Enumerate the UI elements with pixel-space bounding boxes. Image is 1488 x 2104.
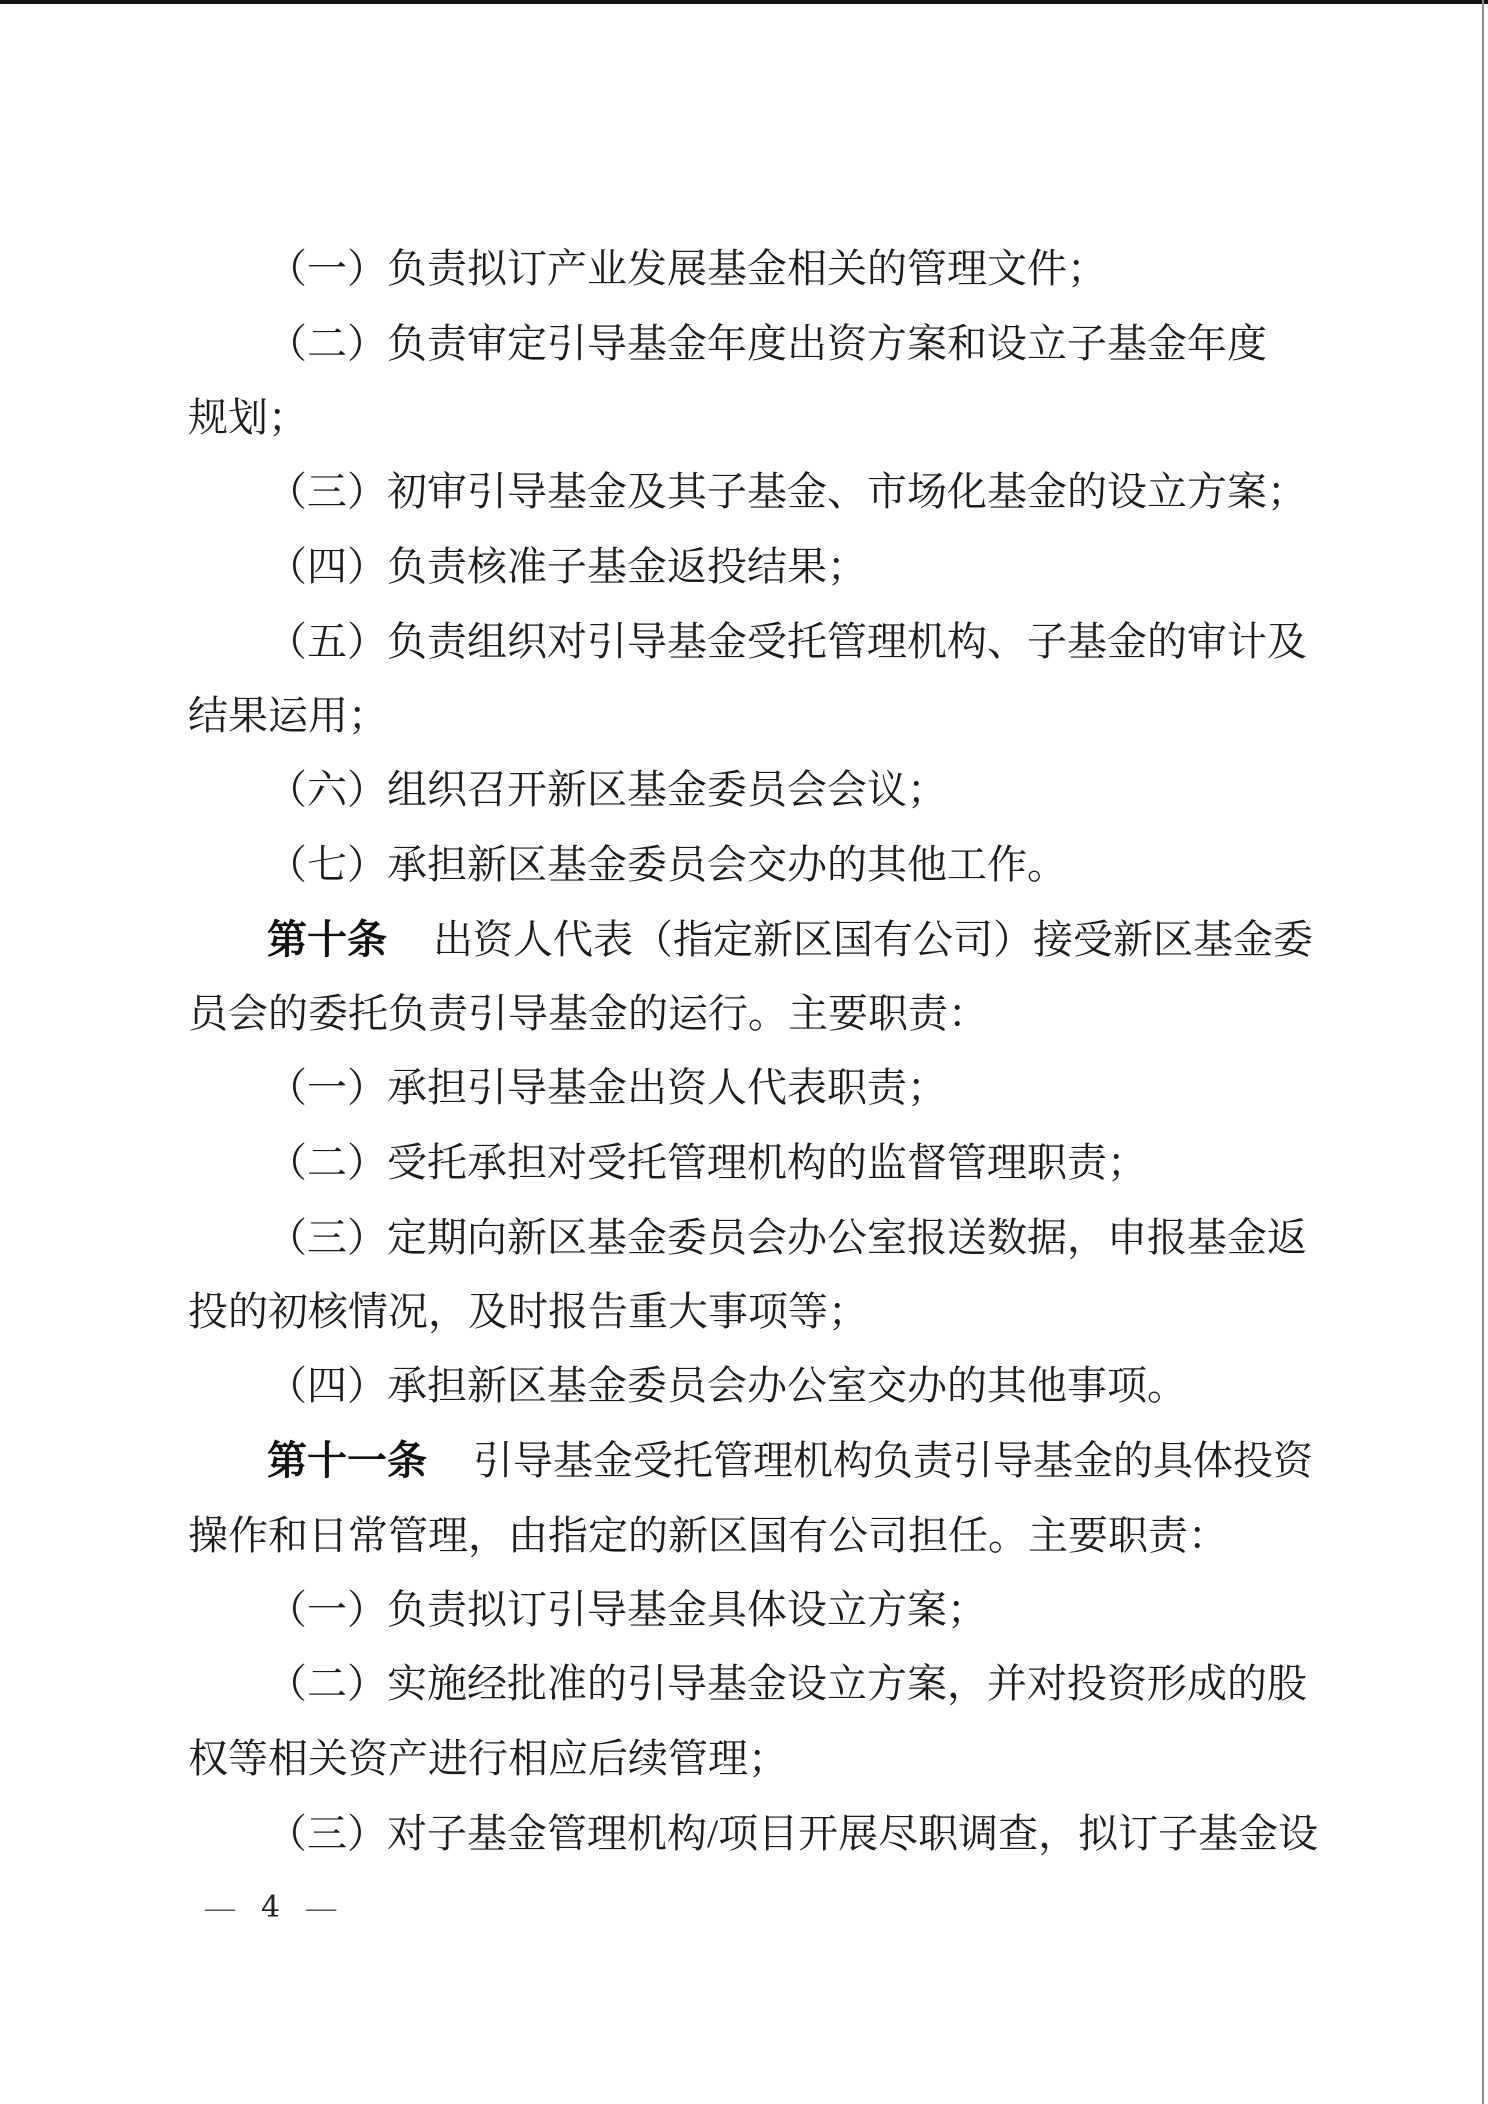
text-line: 第十一条引导基金受托管理机构负责引导基金的具体投资 <box>267 1437 1313 1485</box>
text-line: 投的初核情况，及时报告重大事项等； <box>188 1288 868 1336</box>
text-line: （三）对子基金管理机构/项目开展尽职调查，拟订子基金设 <box>267 1810 1318 1858</box>
article-text: 出资人代表（指定新区国有公司）接受新区基金委 <box>433 917 1313 962</box>
text-line: （二）负责审定引导基金年度出资方案和设立子基金年度 <box>267 320 1267 368</box>
text-line: （一）负责拟订引导基金具体设立方案； <box>267 1586 987 1634</box>
text-line: （四）承担新区基金委员会办公室交办的其他事项。 <box>267 1362 1187 1410</box>
text-line: 员会的委托负责引导基金的运行。主要职责： <box>188 990 988 1038</box>
text-line: 权等相关资产进行相应后续管理； <box>188 1735 788 1783</box>
footer-dash-left: — <box>205 1890 235 1926</box>
text-line: （七）承担新区基金委员会交办的其他工作。 <box>267 841 1067 889</box>
article-text: 引导基金受托管理机构负责引导基金的具体投资 <box>473 1438 1313 1483</box>
text-line: （五）负责组织对引导基金受托管理机构、子基金的审计及 <box>267 618 1307 666</box>
text-line: （二）实施经批准的引导基金设立方案，并对投资形成的股 <box>267 1660 1307 1708</box>
page-top-border <box>0 0 1488 4</box>
page-right-border <box>1482 0 1484 2104</box>
text-line: 第十条出资人代表（指定新区国有公司）接受新区基金委 <box>267 916 1313 964</box>
text-line: （一）承担引导基金出资人代表职责； <box>267 1064 947 1112</box>
article-number: 第十一条 <box>267 1438 427 1483</box>
text-line: （四）负责核准子基金返投结果； <box>267 543 867 591</box>
text-line: （二）受托承担对受托管理机构的监督管理职责； <box>267 1139 1147 1187</box>
footer-dash-right: — <box>306 1890 336 1926</box>
document-page: （一）负责拟订产业发展基金相关的管理文件； （二）负责审定引导基金年度出资方案和… <box>0 0 1488 2104</box>
page-footer: — 4 — <box>205 1890 336 1926</box>
text-line: （三）初审引导基金及其子基金、市场化基金的设立方案； <box>267 468 1307 516</box>
page-number: 4 <box>261 1890 280 1926</box>
text-line: （一）负责拟订产业发展基金相关的管理文件； <box>267 245 1107 293</box>
text-line: 规划； <box>188 394 308 442</box>
article-number: 第十条 <box>267 917 387 962</box>
text-line: 结果运用； <box>188 692 388 740</box>
text-line: （三）定期向新区基金委员会办公室报送数据，申报基金返 <box>267 1214 1307 1262</box>
text-line: （六）组织召开新区基金委员会会议； <box>267 766 947 814</box>
text-line: 操作和日常管理，由指定的新区国有公司担任。主要职责： <box>188 1512 1228 1560</box>
